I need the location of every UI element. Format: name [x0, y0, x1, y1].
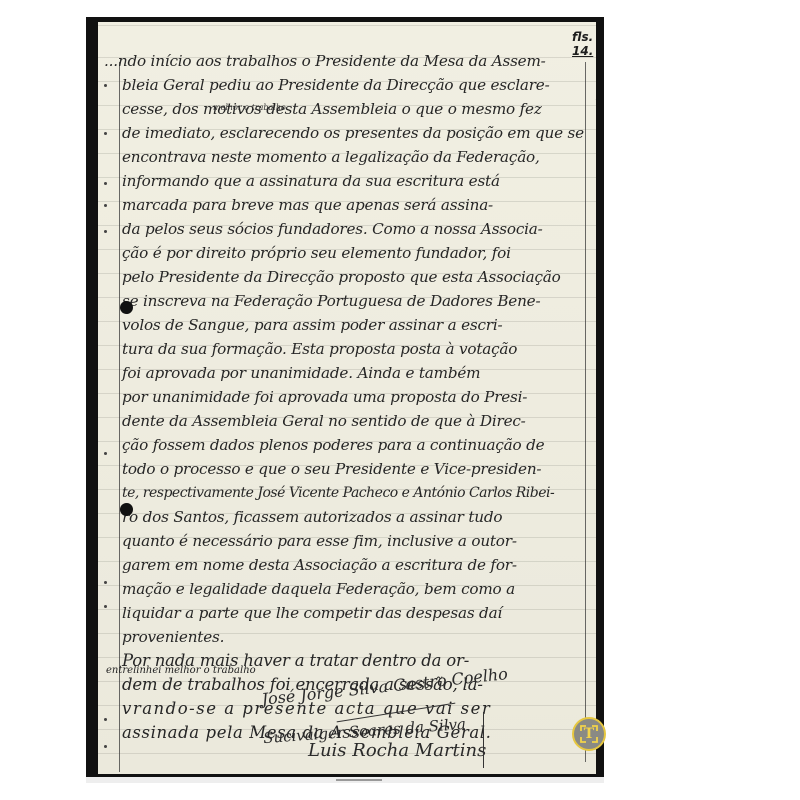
signature-stroke: [483, 712, 484, 768]
margin-dot: [104, 182, 107, 185]
text-line: bleia Geral pediu ao Presidente da Direc…: [104, 73, 594, 97]
text-recognition-icon: T: [584, 726, 594, 742]
text-line: marcada para breve mas que apenas será a…: [104, 193, 594, 217]
text-line: garem em nome desta Associação a escritu…: [104, 553, 594, 577]
manuscript-page: fls. 14. 𝒻 melhor o trabalho ...ndo iníc…: [98, 22, 596, 774]
text-line: provenientes.: [104, 625, 594, 649]
margin-dot: [104, 745, 107, 748]
margin-dot: [104, 230, 107, 233]
text-line: da pelos seus sócios fundadores. Como a …: [104, 217, 594, 241]
scroll-indicator[interactable]: [336, 779, 382, 781]
margin-dot: [104, 452, 107, 455]
text-line: pelo Presidente da Direcção proposto que…: [104, 265, 594, 289]
signature-3: Luis Rocha Martins: [308, 740, 486, 761]
text-line: dente da Assembleia Geral no sentido de …: [104, 409, 594, 433]
text-line: tura da sua formação. Esta proposta post…: [104, 337, 594, 361]
handwritten-minutes-text: ...ndo início aos trabalhos o Presidente…: [104, 49, 594, 745]
text-line: se inscreva na Federação Portuguesa de D…: [104, 289, 594, 313]
transcribe-button[interactable]: T: [572, 717, 606, 751]
text-line: mação e legalidade daquela Federação, be…: [104, 577, 594, 601]
text-line: ...ndo início aos trabalhos o Presidente…: [104, 49, 594, 73]
margin-dot: [104, 84, 107, 87]
margin-dot: [104, 581, 107, 584]
margin-dot: [104, 132, 107, 135]
text-line: volos de Sangue, para assim poder assina…: [104, 313, 594, 337]
text-line: te, respectivamente José Vicente Pacheco…: [104, 481, 594, 505]
text-line: ção é por direito próprio seu elemento f…: [104, 241, 594, 265]
text-line: informando que a assinatura da sua escri…: [104, 169, 594, 193]
text-line: ro dos Santos, ficassem autorizados a as…: [104, 505, 594, 529]
text-line: todo o processo e que o seu Presidente e…: [104, 457, 594, 481]
text-line: encontrava neste momento a legalização d…: [104, 145, 594, 169]
margin-dot: [104, 605, 107, 608]
text-line: foi aprovada por unanimidade. Ainda e ta…: [104, 361, 594, 385]
text-line: por unanimidade foi aprovada uma propost…: [104, 385, 594, 409]
correction-note: entrelinhei melhor o trabalho: [106, 665, 256, 676]
binder-hole-bottom: [120, 503, 133, 516]
text-line: quanto é necessário para esse fim, inclu…: [104, 529, 594, 553]
text-line: de imediato, esclarecendo os presentes d…: [104, 121, 594, 145]
margin-dot: [104, 718, 107, 721]
text-line: ção fossem dados plenos poderes para a c…: [104, 433, 594, 457]
text-line: liquidar a parte que lhe competir das de…: [104, 601, 594, 625]
text-line: vrando-se a presente acta que vai ser: [104, 697, 594, 721]
folio-label: fls.: [572, 30, 593, 44]
text-line: cesse, dos motivos desta Assembleia o qu…: [104, 97, 594, 121]
margin-dot: [104, 204, 107, 207]
binder-hole-top: [120, 301, 133, 314]
